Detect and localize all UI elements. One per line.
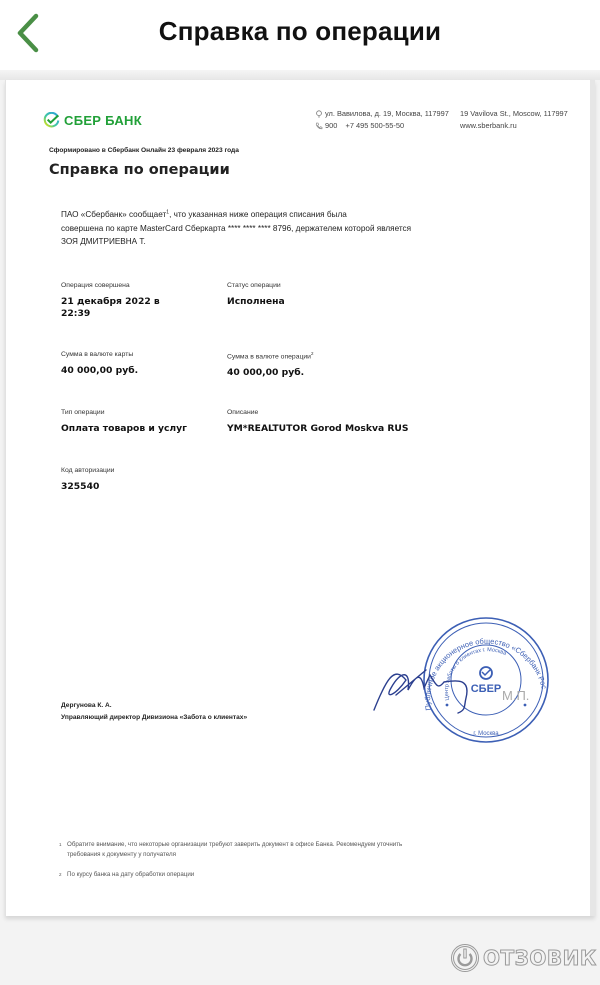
field-label: Описание <box>227 409 409 416</box>
field-status: Статус операции Исполнена <box>227 282 285 308</box>
footnote-ref: 2 <box>311 351 314 356</box>
sber-logo: СБЕР БАНК <box>43 110 142 130</box>
field-value: Оплата товаров и услуг <box>61 423 187 435</box>
intro-line1-cont: , что указанная ниже операция списания б… <box>169 210 347 219</box>
signer-position: Управляющий директор Дивизиона «Забота о… <box>61 712 247 724</box>
field-value: YM*REALTUTOR Gorod Moskva RUS <box>227 423 409 435</box>
field-operation-type: Тип операции Оплата товаров и услуг <box>61 409 187 435</box>
address-en: 19 Vavilova St., Moscow, 117997 <box>460 108 568 120</box>
contacts-ru: ул. Вавилова, д. 19, Москва, 117997 900 … <box>315 108 449 132</box>
phone-icon <box>315 122 323 130</box>
otzovik-watermark: ОТЗОВИК <box>450 943 597 973</box>
generated-note: Сформировано в Сбербанк Онлайн 23 феврал… <box>49 147 239 154</box>
top-bar: Справка по операции <box>0 0 600 70</box>
intro-line2: совершена по карте MasterCard Сберкарта … <box>61 222 481 236</box>
footnote-2: 2 По курсу банка на дату обработки опера… <box>59 870 419 880</box>
website-link[interactable]: www.sberbank.ru <box>460 120 517 132</box>
field-value: 40 000,00 руб. <box>61 365 138 377</box>
intro-text: ПАО «Сбербанк» сообщает1, что указанная … <box>61 208 481 249</box>
document-title: Справка по операции <box>49 162 230 178</box>
mp-mark: М.П. <box>502 688 529 703</box>
field-card-amount: Сумма в валюте карты 40 000,00 руб. <box>61 351 138 377</box>
footnote-number: 2 <box>59 870 67 880</box>
field-operation-amount: Сумма в валюте операции2 40 000,00 руб. <box>227 351 313 379</box>
page-title: Справка по операции <box>0 16 600 47</box>
intro-line1: ПАО «Сбербанк» сообщает <box>61 210 166 219</box>
location-pin-icon <box>315 110 323 118</box>
watermark-text: ОТЗОВИК <box>483 946 597 970</box>
signer-name: Дергунова К. А. <box>61 700 247 712</box>
field-auth-code: Код авторизации 325540 <box>61 467 114 493</box>
address-ru: ул. Вавилова, д. 19, Москва, 117997 <box>325 108 449 120</box>
field-label: Операция совершена <box>61 282 181 289</box>
field-label: Сумма в валюте операции2 <box>227 351 313 360</box>
field-label: Код авторизации <box>61 467 114 474</box>
field-label: Сумма в валюте карты <box>61 351 138 358</box>
signer-block: Дергунова К. А. Управляющий директор Див… <box>61 700 247 724</box>
footnote-text: По курсу банка на дату обработки операци… <box>67 870 194 880</box>
footnote-text: Обратите внимание, что некоторые организ… <box>67 840 419 860</box>
divider <box>0 70 600 80</box>
field-value: Исполнена <box>227 296 285 308</box>
stamp-brand: СБЕР <box>471 683 502 695</box>
document-card: СБЕР БАНК ул. Вавилова, д. 19, Москва, 1… <box>5 80 595 916</box>
otzovik-logo-icon <box>450 943 480 973</box>
footnote-1: 1 Обратите внимание, что некоторые орган… <box>59 840 419 860</box>
bank-stamp-with-signature: Публичное акционерное общество «Сбербанк… <box>366 610 566 745</box>
field-label: Статус операции <box>227 282 285 289</box>
footnotes: 1 Обратите внимание, что некоторые орган… <box>59 840 419 890</box>
card-holder: ЗОЯ ДМИТРИЕВНА Т. <box>61 235 481 249</box>
field-description: Описание YM*REALTUTOR Gorod Moskva RUS <box>227 409 409 435</box>
field-operation-date: Операция совершена 21 декабря 2022 в 22:… <box>61 282 181 320</box>
field-label: Тип операции <box>61 409 187 416</box>
logo-text: СБЕР БАНК <box>64 113 142 128</box>
contacts-en: 19 Vavilova St., Moscow, 117997 www.sber… <box>460 108 568 132</box>
stamp-city: г. Москва <box>473 731 499 737</box>
field-value: 40 000,00 руб. <box>227 367 313 379</box>
field-value: 21 декабря 2022 в 22:39 <box>61 296 181 320</box>
sber-check-icon <box>43 112 60 129</box>
phone-ru: 900 +7 495 500-55-50 <box>325 120 404 132</box>
field-label-text: Сумма в валюте операции <box>227 353 311 360</box>
field-value: 325540 <box>61 481 114 493</box>
footnote-number: 1 <box>59 840 67 860</box>
